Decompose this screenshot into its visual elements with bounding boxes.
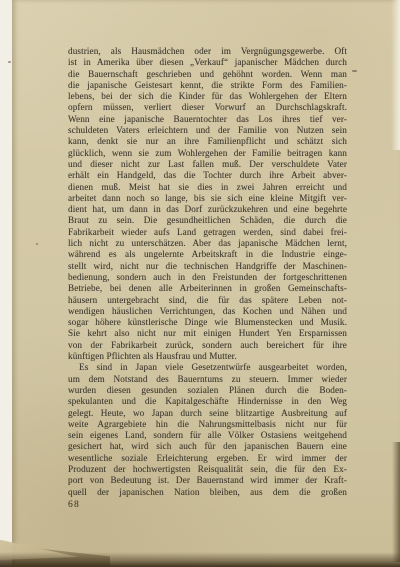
text-line: arbeitet dann noch so lange, bis sie sic… [68,193,347,204]
text-line: von der Fabrikarbeit zurück, sondern auc… [68,340,347,351]
text-line: wendigen häuslichen Verrichtungen, das K… [68,306,347,317]
text-line: sogar höhere künstlerische Dinge wie Blu… [68,317,347,328]
text-line: glücklich, wenn sie zum Wohlergehen der … [68,148,347,159]
scan-speck [8,61,11,63]
bottom-edge-shadow [0,552,400,567]
text-line: dienen muß. Meist hat sie dies in zwei J… [68,182,347,193]
text-line: spekulanten und die Kapitalgeschäfte Hin… [68,396,347,407]
text-line: kann, denkt sie nur an ihre Familienpfli… [68,136,347,147]
text-line: Es sind in Japan viele Gesetzentwürfe au… [68,362,347,373]
text-line: stellt wird, nicht nur die technischen H… [68,261,347,272]
text-line: während es als ungelernte Arbeitskraft i… [68,249,347,260]
text-line: opfern müssen, verliert dieser Vorwurf a… [68,102,347,113]
text-line: Wenn eine japanische Bauerntochter das L… [68,114,347,125]
text-line: dient hat, um dann in das Dorf zurückzuk… [68,204,347,215]
text-line: bedienung, sondern auch in den Freistund… [68,272,347,283]
scanned-book-page: dustrien, als Hausmädchen oder im Vergnü… [0,0,400,567]
text-line: lebens, bei der sich die Kinder für das … [68,91,347,102]
text-line: Braut zu sein. Die gesundheitlichen Schä… [68,215,347,226]
text-line: künftigen Pflichten als Hausfrau und Mut… [68,351,347,362]
text-line: schuldeten Vaters erleichtern und der Fa… [68,125,347,136]
text-line: und dieser nicht zur Last fallen muß. De… [68,159,347,170]
text-line: port von Bedeutung ist. Der Bauernstand … [68,475,347,486]
text-line: gelegt. Heute, wo Japan durch seine blit… [68,408,347,419]
text-line: lich nicht zu unterschätzen. Aber das ja… [68,238,347,249]
text-line: die japanische Geistesart kennt, die str… [68,80,347,91]
text-line: sein eigenes Land, sondern für alle Völk… [68,430,347,441]
text-line: gesichert hat, wird sich auch für den ja… [68,441,347,452]
page-number: 68 [68,499,80,510]
text-line: häusern untergebracht sind, die für das … [68,295,347,306]
text-block: dustrien, als Hausmädchen oder im Vergnü… [68,46,347,498]
text-line: ist in Amerika über diesen „Verkauf“ jap… [68,57,347,68]
text-line: um dem Notstand des Bauerntums zu steuer… [68,374,347,385]
paragraph-2: Es sind in Japan viele Gesetzentwürfe au… [68,362,347,498]
text-line: wurden diesen gesunden sozialen Plänen d… [68,385,347,396]
page-right-edge-highlight [391,0,400,150]
text-line: erhält ein Handgeld, das die Tochter dur… [68,170,347,181]
text-line: wesentliche soziale Erleichterung ergebe… [68,453,347,464]
text-line: Produzent der hochwertigsten Reisqualitä… [68,464,347,475]
text-line: die Bauernschaft geschrieben und gehöhnt… [68,69,347,80]
scan-speck [352,70,357,72]
text-line: Sie kehrt also nicht nur mit einigen Hun… [68,328,347,339]
text-line: Fabrikarbeit wieder aufs Land getragen w… [68,227,347,238]
text-line: weite Agrargebiete hin die Nahrungsmitte… [68,419,347,430]
text-line: dustrien, als Hausmädchen oder im Vergnü… [68,46,347,57]
paragraph-1: dustrien, als Hausmädchen oder im Vergnü… [68,46,347,362]
text-line: quell der japanischen Nation bleiben, au… [68,487,347,498]
text-line: Betriebe, bei denen alle Arbeiterinnen i… [68,283,347,294]
page-right-edge-shadow [392,442,400,562]
scan-speck [36,243,38,245]
